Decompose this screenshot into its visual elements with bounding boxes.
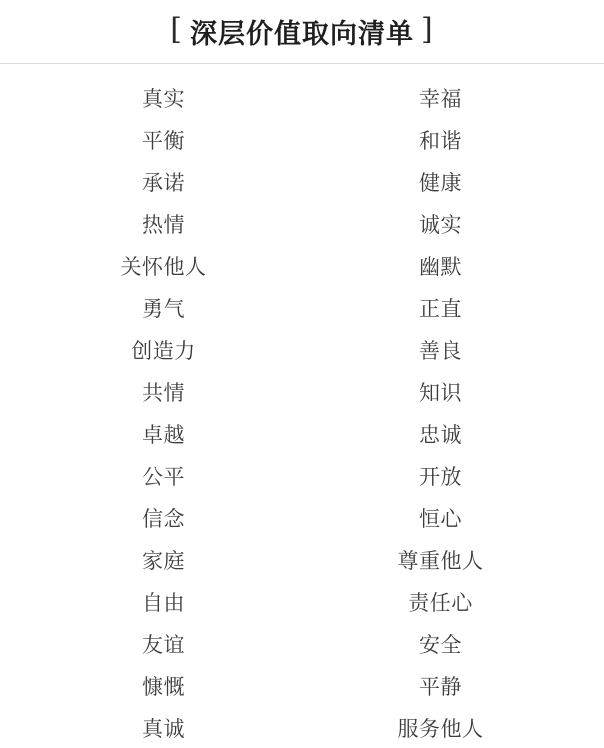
page-title-text: 深层价值取向清单 bbox=[190, 12, 414, 51]
value-item: 和谐 bbox=[302, 119, 579, 161]
values-column-right: 幸福 和谐 健康 诚实 幽默 正直 善良 知识 忠诚 开放 恒心 尊重他人 责任… bbox=[302, 77, 579, 748]
value-item: 公平 bbox=[25, 455, 302, 497]
value-item: 尊重他人 bbox=[302, 539, 579, 581]
value-item: 善良 bbox=[302, 329, 579, 371]
page-header: [ 深层价值取向清单 ] bbox=[0, 0, 604, 64]
value-item: 家庭 bbox=[25, 539, 302, 581]
value-item: 真实 bbox=[25, 77, 302, 119]
value-item: 卓越 bbox=[25, 413, 302, 455]
value-item: 共情 bbox=[25, 371, 302, 413]
value-item: 自由 bbox=[25, 581, 302, 623]
value-item: 热情 bbox=[25, 203, 302, 245]
values-list: 真实 平衡 承诺 热情 关怀他人 勇气 创造力 共情 卓越 公平 信念 家庭 自… bbox=[0, 64, 604, 748]
value-item: 友谊 bbox=[25, 623, 302, 665]
value-item: 健康 bbox=[302, 161, 579, 203]
value-item: 忠诚 bbox=[302, 413, 579, 455]
title-bracket-right: ] bbox=[414, 12, 441, 47]
values-column-left: 真实 平衡 承诺 热情 关怀他人 勇气 创造力 共情 卓越 公平 信念 家庭 自… bbox=[25, 77, 302, 748]
title-bracket-left: [ bbox=[163, 12, 190, 47]
value-item: 责任心 bbox=[302, 581, 579, 623]
value-item: 真诚 bbox=[25, 707, 302, 748]
value-item: 平衡 bbox=[25, 119, 302, 161]
value-item: 勇气 bbox=[25, 287, 302, 329]
value-item: 幽默 bbox=[302, 245, 579, 287]
value-item: 知识 bbox=[302, 371, 579, 413]
value-item: 诚实 bbox=[302, 203, 579, 245]
value-item: 承诺 bbox=[25, 161, 302, 203]
page-title: [ 深层价值取向清单 ] bbox=[163, 12, 440, 51]
value-item: 恒心 bbox=[302, 497, 579, 539]
value-item: 开放 bbox=[302, 455, 579, 497]
value-item: 创造力 bbox=[25, 329, 302, 371]
value-item: 服务他人 bbox=[302, 707, 579, 748]
value-item: 关怀他人 bbox=[25, 245, 302, 287]
value-item: 幸福 bbox=[302, 77, 579, 119]
value-item: 慷慨 bbox=[25, 665, 302, 707]
value-item: 安全 bbox=[302, 623, 579, 665]
value-item: 信念 bbox=[25, 497, 302, 539]
value-item: 平静 bbox=[302, 665, 579, 707]
page: [ 深层价值取向清单 ] 真实 平衡 承诺 热情 关怀他人 勇气 创造力 共情 … bbox=[0, 0, 604, 748]
value-item: 正直 bbox=[302, 287, 579, 329]
